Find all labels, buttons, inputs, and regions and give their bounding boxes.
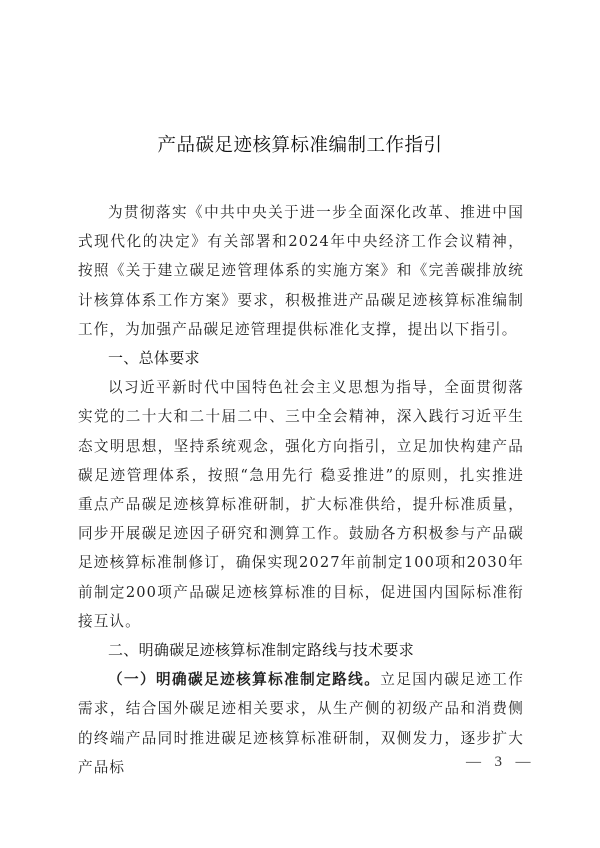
document-body: 为贯彻落实《中共中央关于进一步全面深化改革、推进中国式现代化的决定》有关部署和2… xyxy=(78,198,524,782)
intro-paragraph: 为贯彻落实《中共中央关于进一步全面深化改革、推进中国式现代化的决定》有关部署和2… xyxy=(78,198,524,344)
section-heading-general-requirements: 一、总体要求 xyxy=(78,344,524,373)
subsection-heading: （一）明确碳足迹核算标准制定路线。 xyxy=(108,671,380,688)
page-number: — 3 — xyxy=(466,754,533,771)
subsection-paragraph: （一）明确碳足迹核算标准制定路线。立足国内碳足迹工作需求，结合国外碳足迹相关要求… xyxy=(78,665,524,782)
document-page: 产品碳足迹核算标准编制工作指引 为贯彻落实《中共中央关于进一步全面深化改革、推进… xyxy=(0,0,600,848)
section-paragraph-general-requirements: 以习近平新时代中国特色社会主义思想为指导，全面贯彻落实党的二十大和二十届二中、三… xyxy=(78,373,524,636)
section-heading-technical-route: 二、明确碳足迹核算标准制定路线与技术要求 xyxy=(78,636,524,665)
document-title: 产品碳足迹核算标准编制工作指引 xyxy=(0,131,600,157)
